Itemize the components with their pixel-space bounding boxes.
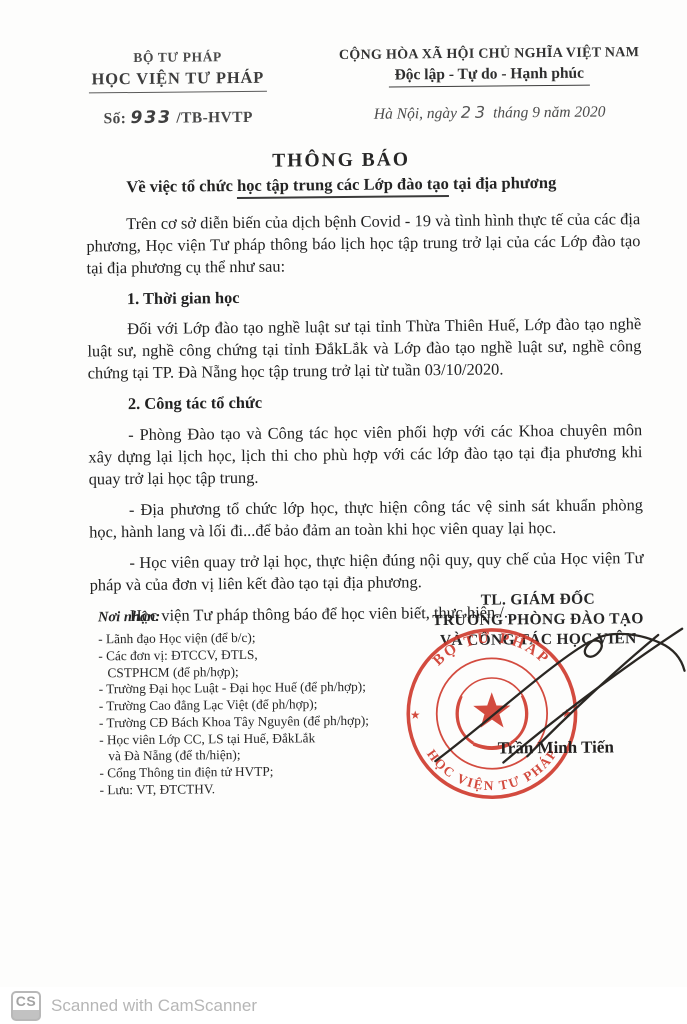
section2-item1: - Phòng Đào tạo và Công tác học viên phố… (88, 419, 643, 491)
document-subtitle: Về việc tổ chức học tập trung các Lớp đà… (0, 172, 685, 199)
camscanner-logo-icon: CS (11, 991, 41, 1021)
camscanner-logo-text: CS (16, 993, 36, 1010)
doc-number-prefix: Số: (104, 110, 127, 127)
org-name: HỌC VIỆN TƯ PHÁP (88, 68, 267, 94)
place-date-line: Hà Nội, ngày 23 tháng 9 năm 2020 (321, 101, 658, 124)
document-body: Trên cơ sở diễn biến của dịch bệnh Covid… (86, 208, 644, 627)
subtitle-underlined: học tập trung các Lớp đào tạo (237, 174, 449, 199)
section2-heading: 2. Công tác tổ chức (88, 389, 642, 416)
intro-paragraph: Trên cơ sở diễn biến của dịch bệnh Covid… (86, 208, 641, 280)
document-header: BỘ TƯ PHÁP HỌC VIỆN TƯ PHÁP Số: 933 /TB-… (0, 0, 684, 129)
camscanner-watermark-text: Scanned with CamScanner (51, 996, 257, 1016)
section2-item2: - Địa phương tổ chức lớp học, thực hiện … (89, 494, 643, 543)
signer-name: Trần Minh Tiến (443, 737, 668, 759)
document-number: Số: 933 /TB-HVTP (35, 106, 321, 129)
document-content: BỘ TƯ PHÁP HỌC VIỆN TƯ PHÁP Số: 933 /TB-… (0, 0, 687, 1024)
recipients-heading: Nơi nhận: (98, 606, 420, 626)
doc-number-value: 933 (131, 108, 173, 128)
section1-paragraph: Đối với Lớp đào tạo nghề luật sư tại tỉn… (87, 313, 642, 385)
subtitle-suffix: tại địa phương (449, 173, 557, 193)
handwritten-day: 23 (461, 103, 490, 122)
recipients-block: Nơi nhận: - Lãnh đạo Học viện (để b/c); … (98, 606, 422, 799)
national-motto-line1: CỘNG HÒA XÃ HỘI CHỦ NGHĨA VIỆT NAM (321, 45, 658, 64)
scanned-document-page: BỘ TƯ PHÁP HỌC VIỆN TƯ PHÁP Số: 933 /TB-… (0, 0, 687, 1024)
doc-number-suffix: /TB-HVTP (176, 109, 253, 127)
camscanner-watermark-bar: CS Scanned with CamScanner (0, 987, 687, 1024)
handwritten-signature (390, 603, 687, 796)
subtitle-prefix: Về việc tổ chức (126, 176, 237, 196)
national-motto-line2: Độc lập - Tự do - Hạnh phúc (388, 65, 590, 88)
date-prefix: Hà Nội, ngày (374, 105, 457, 123)
recipient-item: - Lưu: VT, ĐTCTHV. (100, 779, 422, 799)
issuer-block: BỘ TƯ PHÁP HỌC VIỆN TƯ PHÁP Số: 933 /TB-… (35, 48, 322, 129)
document-title: THÔNG BÁO (0, 147, 685, 176)
motto-block: CỘNG HÒA XÃ HỘI CHỦ NGHĨA VIỆT NAM Độc l… (321, 45, 659, 126)
date-suffix: tháng 9 năm 2020 (493, 103, 606, 121)
section1-heading: 1. Thời gian học (87, 283, 641, 310)
